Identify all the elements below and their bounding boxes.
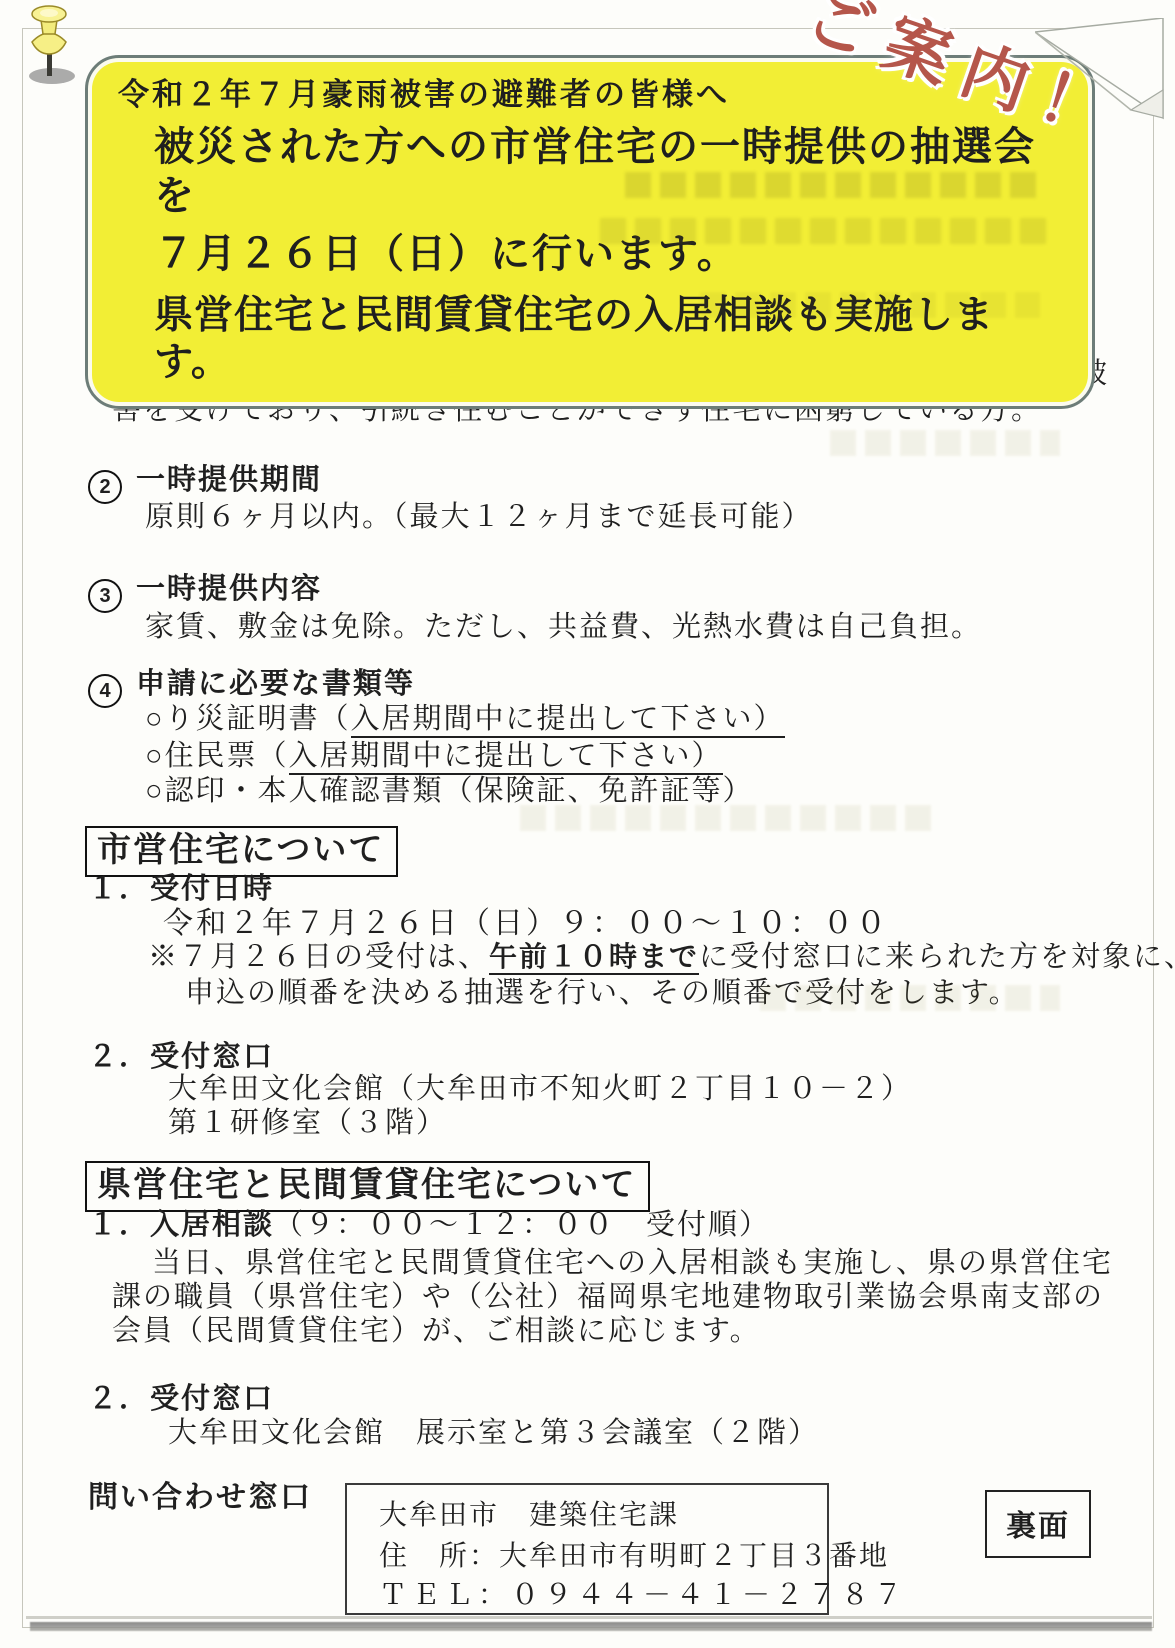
bleedthrough-artifact bbox=[625, 172, 1045, 198]
prefectural-window-title: ２．受付窓口 bbox=[88, 1382, 274, 1417]
prefectural-consult-line: 課の職員（県営住宅）や（公社）福岡県宅地建物取引業協会県南支部の bbox=[112, 1280, 1104, 1315]
back-side-label: 裏面 bbox=[985, 1490, 1091, 1558]
municipal-reception-datetime: 令和２年７月２６日（日）９：００～１０：００ bbox=[163, 906, 889, 942]
section-2-body-line: 原則６ヶ月以内。（最大１２ヶ月まで延長可能） bbox=[145, 500, 813, 535]
prefectural-consult-title: １．入居相談（９：００～１２：００ 受付順） bbox=[88, 1208, 770, 1243]
document-item: ○認印・本人確認書類（保険証、免許証等） bbox=[145, 774, 754, 809]
prefectural-consult-line: 会員（民間賃貸住宅）が、ご相談に応じます。 bbox=[112, 1314, 761, 1349]
municipal-window-venue: 大牟田文化会館（大牟田市不知火町２丁目１０－２） bbox=[168, 1072, 912, 1107]
municipal-window-title: ２．受付窓口 bbox=[88, 1040, 274, 1075]
section-3-body-line: 家賃、敷金は免除。ただし、共益費、光熱水費は自己負担。 bbox=[145, 610, 982, 645]
bleedthrough-artifact bbox=[520, 805, 940, 831]
bleedthrough-artifact bbox=[760, 985, 1060, 1011]
circled-number-3: 3 bbox=[88, 579, 122, 613]
prefectural-window-venue: 大牟田文化会館 展示室と第３会議室（２階） bbox=[168, 1416, 819, 1451]
prefectural-consult-line: 当日、県営住宅と民間賃貸住宅への入居相談も実施し、県の県営住宅 bbox=[152, 1246, 1113, 1281]
contact-tel: ＴＥＬ：０９４４－４１－２７８７ bbox=[379, 1579, 907, 1613]
contact-box: 大牟田市 建築住宅課 住 所：大牟田市有明町２丁目３番地 ＴＥＬ：０９４４－４１… bbox=[345, 1483, 829, 1615]
pushpin-icon bbox=[16, 0, 82, 90]
prefectural-section-header: 県営住宅と民間賃貸住宅について bbox=[85, 1161, 650, 1212]
bleedthrough-artifact bbox=[600, 218, 1050, 244]
scanned-notice-page: 令和２年７月豪雨被害の避難者の皆様へ 被災された方への市営住宅の一時提供の抽選会… bbox=[0, 0, 1175, 1648]
bleedthrough-artifact bbox=[830, 430, 1060, 456]
section-2-header: 2一時提供期間 bbox=[88, 463, 322, 504]
section-3-header: 3一時提供内容 bbox=[88, 572, 322, 613]
circled-number-4: 4 bbox=[88, 674, 122, 708]
document-item: ○住民票（入居期間中に提出して下さい） bbox=[145, 739, 723, 774]
contact-address: 住 所：大牟田市有明町２丁目３番地 bbox=[379, 1540, 889, 1574]
scan-shadow-line bbox=[26, 1616, 1152, 1619]
municipal-reception-note: ※７月２６日の受付は、午前１０時までに受付窓口に来られた方を対象に、 bbox=[148, 940, 1175, 975]
municipal-reception-title: １．受付日時 bbox=[88, 872, 274, 907]
contact-label: 問い合わせ窓口 bbox=[88, 1480, 312, 1516]
municipal-window-room: 第１研修室（３階） bbox=[168, 1106, 447, 1141]
municipal-section-header: 市営住宅について bbox=[85, 826, 398, 877]
scan-shadow-bar bbox=[30, 1622, 1152, 1631]
document-item: ○り災証明書（入居期間中に提出して下さい） bbox=[145, 702, 785, 737]
bleedthrough-artifact bbox=[700, 292, 1040, 318]
contact-org: 大牟田市 建築住宅課 bbox=[379, 1499, 679, 1533]
circled-number-2: 2 bbox=[88, 470, 122, 504]
